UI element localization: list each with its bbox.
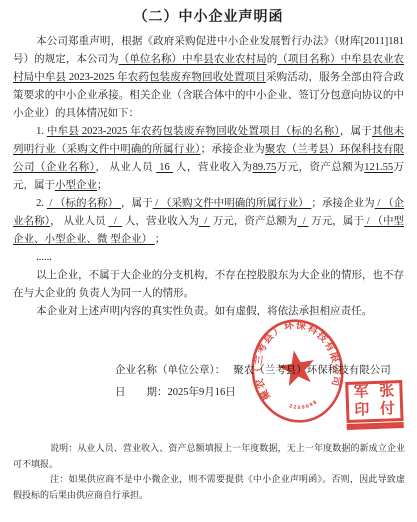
company-name-line: 企业名称（单位公章）：聚农（兰考县）环保科技有限公司 <box>115 360 391 382</box>
paragraph-closing-2: 本企业对上述声明内容的真实性负责。如有虚假，将依法承担相应责任。 <box>13 303 404 321</box>
paragraph-closing-1: 以上企业，不属于大企业的分支机构，不存在控股股东为大企业的情形，也不存在与大企业… <box>13 267 404 303</box>
date-value: 2025年9月16日 <box>168 387 236 398</box>
date-label: 日 期： <box>115 387 168 398</box>
paragraph-intro: 本公司郑重声明，根据《政府采购促进中小企业发展暂行办法》（财库[2011]181… <box>13 33 404 123</box>
name-seal-char: 印 <box>354 403 370 419</box>
note-instructions: 说明：从业人员、营业收入、资产总额填报上一年度数据，无上一年度数据的新成立企业可… <box>13 441 405 472</box>
paragraph-item-1: 1. 中牟县 2023-2025 年农药包装废弃物回收处置项目（标的名称），属于… <box>13 123 404 195</box>
document-title: （二）中小企业声明函 <box>0 6 417 26</box>
note-remark: 注：如果供应商不是中小微企业，则不需要提供《中小企业声明函》。否则，因此导致虚假… <box>13 472 405 503</box>
paragraph-ellipsis: ...... <box>13 249 404 267</box>
name-seal-char: 付 <box>380 402 396 418</box>
signature-block: 企业名称（单位公章）：聚农（兰考县）环保科技有限公司 日 期：2025年9月16… <box>115 360 391 404</box>
paragraph-item-2: 2. / （标的名称） ，属于 / （采购文件中明确的所属行业） ；承接企业为 … <box>13 195 404 249</box>
name-seal-strip: ·········· <box>347 422 404 430</box>
declaration-document-page: （二）中小企业声明函 本公司郑重声明，根据《政府采购促进中小企业发展暂行办法》（… <box>0 0 417 522</box>
date-line: 日 期：2025年9月16日 <box>115 382 391 404</box>
company-name-label: 企业名称（单位公章）： <box>115 365 225 376</box>
document-body: 本公司郑重声明，根据《政府采购促进中小企业发展暂行办法》（财库[2011]181… <box>13 33 404 321</box>
company-name-value: 聚农（兰考县）环保科技有限公司 <box>233 365 391 376</box>
notes-block: 说明：从业人员、营业收入、资产总额填报上一年度数据，无上一年度数据的新成立企业可… <box>13 441 405 503</box>
